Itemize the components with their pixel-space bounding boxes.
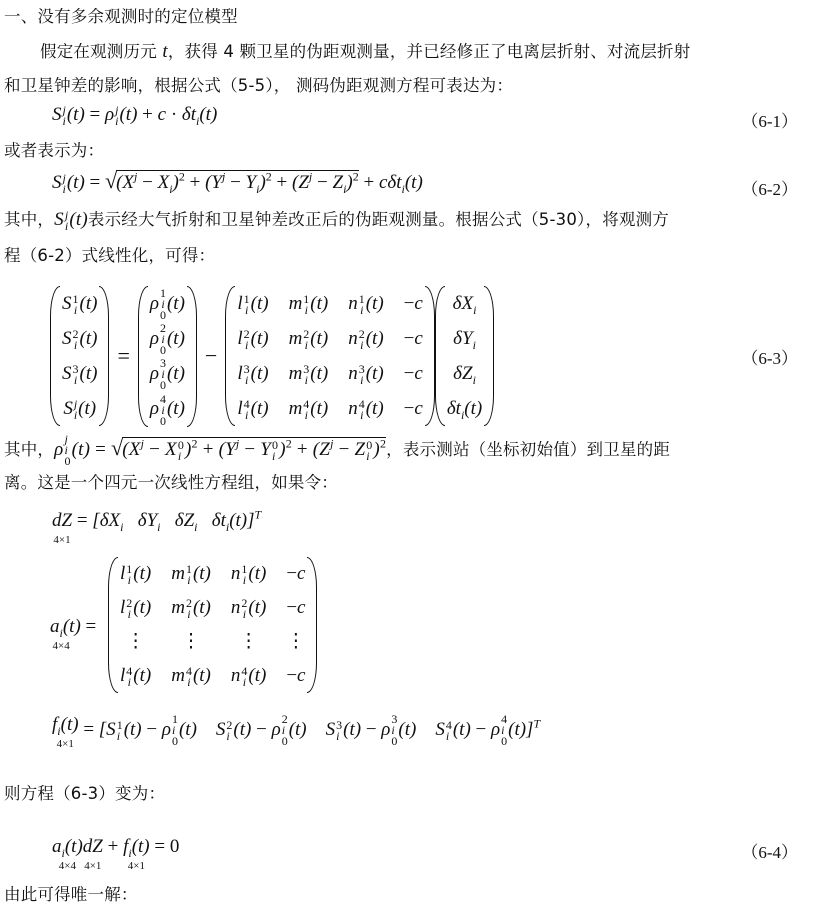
rho-definition: ρji0(t) = √(Xj − X0i)2 + (Yj − Y0i)2 + (… [54, 439, 386, 460]
text: 表示经大气折射和卫星钟差改正后的伪距观测量。根据公式（5-30），将观测方 [88, 210, 669, 229]
paragraph-2: 或者表示为： [4, 140, 104, 162]
matrix-lhs: S1i(t) S2i(t) S3i(t) Sji(t) [50, 286, 109, 426]
equation-number-6-3: （6-3） [741, 344, 798, 369]
symbol-S: Sji(t) [54, 209, 88, 230]
paragraph-1-line-1: 假定在观测历元 t，获得 4 颗卫星的伪距观测量，并已经修正了电离层折射、对流层… [40, 41, 690, 63]
section-title: 一、没有多余观测时的定位模型 [4, 6, 238, 28]
paragraph-3-line-2: 程（6-2）式线性化，可得： [4, 245, 215, 267]
a-matrix: l1i(t)m1i(t)n1i(t)−c l2i(t)m2i(t)n2i(t)−… [108, 557, 317, 693]
text: ，表示测站（坐标初始值）到卫星的距 [386, 440, 670, 459]
paragraph-4-line-2: 离。这是一个四元一次线性方程组，如果令： [4, 472, 338, 494]
paragraph-1-line-2: 和卫星钟差的影响，根据公式（5-5）， 测码伪距观测方程可表达为： [4, 75, 513, 97]
equation-6-2: Sji(t) = √(Xj − Xi)2 + (Yj − Yi)2 + (Zj … [52, 170, 423, 195]
matrix-rho: ρ1i0(t) ρ2i0(t) ρ3i0(t) ρ4i0(t) [138, 286, 197, 427]
matrix-coefficients: l1i(t)m1i(t)n1i(t)−c l2i(t)m2i(t)n2i(t)−… [225, 286, 434, 426]
equation-number-6-2: （6-2） [741, 175, 798, 200]
equation-number-6-4: （6-4） [741, 838, 798, 863]
equation-6-3: S1i(t) S2i(t) S3i(t) Sji(t) = ρ1i0(t) ρ2… [50, 286, 494, 427]
equation-number-6-1: （6-1） [741, 107, 798, 132]
matrix-unknowns: δXi δYi δZi δti(t) [435, 286, 494, 426]
paragraph-4-line-1: 其中，ρji0(t) = √(Xj − X0i)2 + (Yj − Y0i)2 … [4, 434, 670, 467]
equation-6-4: ai(t)4×4dZ4×1 + fi(t)4×1 = 0 [52, 836, 179, 872]
text: 假定在观测历元 [40, 42, 162, 61]
text: ，获得 4 颗卫星的伪距观测量，并已经修正了电离层折射、对流层折射 [168, 42, 691, 61]
paragraph-3-line-1: 其中，Sji(t)表示经大气折射和卫星钟差改正后的伪距观测量。根据公式（5-30… [4, 209, 669, 232]
paragraph-6: 由此可得唯一解： [4, 884, 138, 906]
equation-6-1: Sji(t) = ρji(t) + c · δti(t) [52, 104, 217, 127]
f-definition: fi(t)4×1 = [S1i(t) − ρ1i0(t) S2i(t) − ρ2… [52, 714, 540, 750]
text: 其中， [4, 440, 54, 459]
a-label: ai(t) =4×4 [50, 616, 96, 652]
dz-definition: dZ4×1 = [δXi δYi δZi δti(t)]T [52, 510, 261, 546]
paragraph-5: 则方程（6-3）变为： [4, 783, 165, 805]
text: 其中， [4, 210, 54, 229]
